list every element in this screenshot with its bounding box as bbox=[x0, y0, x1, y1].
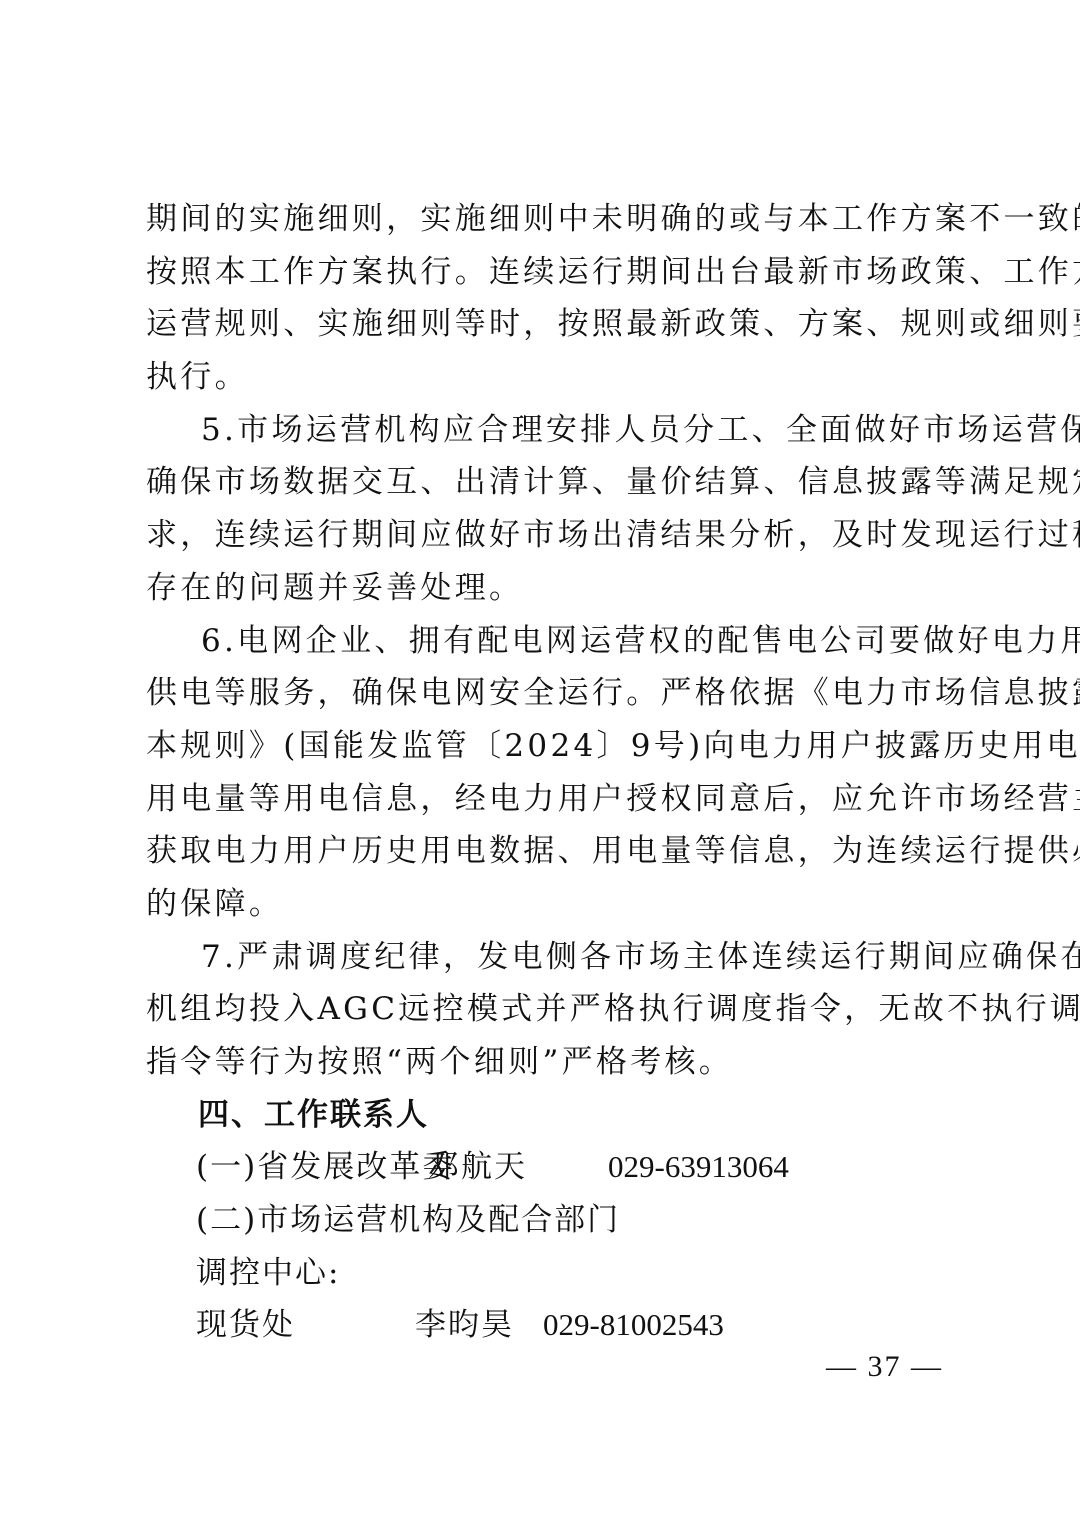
document-page: 期间的实施细则，实施细则中未明确的或与本工作方案不一致的， 按照本工作方案执行。… bbox=[0, 0, 1080, 1527]
paragraph-item-5-line: 5.市场运营机构应合理安排人员分工、全面做好市场运营保障， bbox=[146, 404, 946, 457]
subsection-title: (二)市场运营机构及配合部门 bbox=[196, 1194, 620, 1247]
paragraph-item-6-line: 本规则》(国能发监管〔2024〕9号)向电力用户披露历史用电数据、 bbox=[146, 720, 946, 773]
paragraph-item-7-line: 机组均投入AGC远控模式并严格执行调度指令，无故不执行调度 bbox=[146, 983, 946, 1036]
paragraph-item-5-line: 确保市场数据交互、出清计算、量价结算、信息披露等满足规定要 bbox=[146, 456, 946, 509]
subsection-heading: (二)市场运营机构及配合部门 bbox=[146, 1194, 946, 1247]
contact-org: (一)省发展改革委 bbox=[196, 1141, 455, 1194]
paragraph-item-6-line: 供电等服务，确保电网安全运行。严格依据《电力市场信息披露基 bbox=[146, 667, 946, 720]
paragraph-item-6-line: 6.电网企业、拥有配电网运营权的配售电公司要做好电力用户 bbox=[146, 615, 946, 668]
contact-phone: 029-81002543 bbox=[543, 1299, 724, 1352]
paragraph-line: 按照本工作方案执行。连续运行期间出台最新市场政策、工作方案、 bbox=[146, 246, 946, 299]
paragraph-line: 执行。 bbox=[146, 351, 946, 404]
paragraph-item-5-line: 求，连续运行期间应做好市场出清结果分析，及时发现运行过程中 bbox=[146, 509, 946, 562]
contact-phone: 029-63913064 bbox=[608, 1141, 789, 1194]
paragraph-line: 运营规则、实施细则等时，按照最新政策、方案、规则或细则要求 bbox=[146, 298, 946, 351]
contact-row-provincial-commission: (一)省发展改革委 邓航天 029-63913064 bbox=[146, 1141, 946, 1194]
contact-name: 邓航天 bbox=[428, 1141, 527, 1194]
section-heading: 四、工作联系人 bbox=[146, 1089, 946, 1142]
paragraph-item-7-line: 7.严肃调度纪律，发电侧各市场主体连续运行期间应确保在运 bbox=[146, 931, 946, 984]
paragraph-item-6-line: 用电量等用电信息，经电力用户授权同意后，应允许市场经营主体 bbox=[146, 773, 946, 826]
paragraph-item-7-line: 指令等行为按照“两个细则”严格考核。 bbox=[146, 1036, 946, 1089]
page-number: — 37 — bbox=[826, 1350, 943, 1384]
paragraph-item-6-line: 获取电力用户历史用电数据、用电量等信息，为连续运行提供必要 bbox=[146, 825, 946, 878]
dispatch-center-label: 调控中心: bbox=[196, 1247, 340, 1300]
dispatch-center-row: 调控中心: bbox=[146, 1247, 946, 1300]
contact-name: 李昀昊 bbox=[415, 1299, 514, 1352]
paragraph-item-5-line: 存在的问题并妥善处理。 bbox=[146, 562, 946, 615]
paragraph-line: 期间的实施细则，实施细则中未明确的或与本工作方案不一致的， bbox=[146, 193, 946, 246]
document-body: 期间的实施细则，实施细则中未明确的或与本工作方案不一致的， 按照本工作方案执行。… bbox=[146, 193, 946, 1352]
contact-dept: 现货处 bbox=[196, 1299, 295, 1352]
paragraph-item-6-line: 的保障。 bbox=[146, 878, 946, 931]
contact-row-spot-market-dept: 现货处 李昀昊 029-81002543 bbox=[146, 1299, 946, 1352]
